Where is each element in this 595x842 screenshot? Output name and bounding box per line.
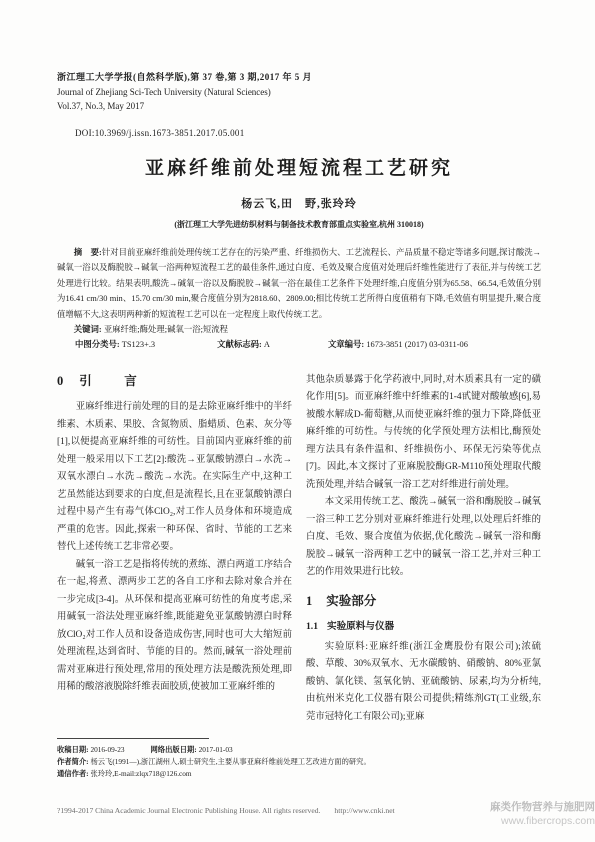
footnote-block: 收稿日期: 2016-09-23网络出版日期: 2017-01-03 作者简介:… [57,738,541,779]
watermark-line1: 麻类作物营养与施肥网 [490,800,595,814]
footnote-divider [57,738,209,739]
footnote-corresponding: 通信作者: 张玲玲,E-mail:zlqx718@126.com [57,768,541,780]
doi: DOI:10.3969/j.issn.1673-3851.2017.05.001 [57,128,541,138]
body-paragraph: 亚麻纤维进行前处理的目的是去除亚麻纤维中的半纤维素、木质素、果胶、含氮物质、脂蜡… [57,399,292,557]
section-heading-0: 0引 言 [57,373,292,391]
right-column: 其他杂质暴露于化学药液中,同时,对木质素具有一定的磺化作用[5]。而亚麻纤维中纤… [306,372,541,727]
copyright-text: ?1994-2017 China Academic Journal Electr… [57,806,320,815]
body-paragraph: 其他杂质暴露于化学药液中,同时,对木质素具有一定的磺化作用[5]。而亚麻纤维中纤… [306,372,541,495]
two-column-body: 0引 言 亚麻纤维进行前处理的目的是去除亚麻纤维中的半纤维素、木质素、果胶、含氮… [57,372,541,727]
keywords-line: 关键词: 亚麻纤维;酶处理;碱氧一浴;短流程 [57,322,541,337]
keywords-label: 关键词: [74,325,102,334]
footnote-dates: 收稿日期: 2016-09-23网络出版日期: 2017-01-03 [57,744,541,756]
section-number: 0 [57,374,63,388]
authors: 杨云飞,田 野,张玲玲 [57,195,541,211]
received-date-label: 收稿日期: [57,745,89,754]
page-title: 亚麻纤维前处理短流程工艺研究 [57,153,541,180]
bio-label: 作者简介: [57,757,89,766]
affiliation: (浙江理工大学先进纺织材料与制备技术教育部重点实验室,杭州 310018) [57,219,541,230]
meta-line: 中图分类号: TS123+.3 文献标志码: A 文章编号: 1673-3851… [57,337,541,352]
journal-header: 浙江理工大学学报(自然科学版),第 37 卷,第 3 期,2017 年 5 月 … [57,70,541,111]
left-column: 0引 言 亚麻纤维进行前处理的目的是去除亚麻纤维中的半纤维素、木质素、果胶、含氮… [57,372,292,727]
online-date-label: 网络出版日期: [151,745,197,754]
section-heading-1-1: 1.1实验原料与仪器 [306,618,541,636]
section-title: 实验原料与仪器 [327,621,394,632]
watermark: 麻类作物营养与施肥网 www.fibercrops.com [490,800,595,828]
section-heading-1: 1实验部分 [306,593,541,611]
online-date: 2017-01-03 [199,745,233,754]
clc-number: 中图分类号: TS123+.3 [75,337,155,352]
paper-page: 浙江理工大学学报(自然科学版),第 37 卷,第 3 期,2017 年 5 月 … [0,0,595,842]
cnki-url: http://www.cnki.net [334,806,394,815]
section-number: 1 [306,594,312,608]
keywords-text: 亚麻纤维;酶处理;碱氧一浴;短流程 [104,325,228,334]
corresponding-text: 张玲玲,E-mail:zlqx718@126.com [90,769,191,778]
body-paragraph: 本文采用传统工艺、酸洗→碱氧一浴和酶脱胶→碱氧一浴三种工艺分别对亚麻纤维进行处理… [306,494,541,582]
bio-text: 杨云飞(1991—),浙江湖州人,硕士研究生,主要从事亚麻纤维前处理工艺改进方面… [90,757,370,766]
section-title: 实验部分 [326,594,376,608]
abstract-text: 针对目前亚麻纤维前处理传统工艺存在的污染严重、纤维损伤大、工艺流程长、产品质量不… [57,248,541,319]
body-paragraph: 碱氧一浴工艺是指将传统的煮练、漂白两道工序结合在一起,将煮、漂两步工艺的各自工序… [57,557,292,697]
document-code: 文献标志码: A [217,337,270,352]
received-date: 2016-09-23 [90,745,124,754]
footnote-bio: 作者简介: 杨云飞(1991—),浙江湖州人,硕士研究生,主要从事亚麻纤维前处理… [57,756,541,768]
journal-title-en: Journal of Zhejiang Sci-Tech University … [57,87,541,97]
watermark-line2: www.fibercrops.com [490,814,595,828]
journal-title-cn: 浙江理工大学学报(自然科学版),第 37 卷,第 3 期,2017 年 5 月 [57,70,541,83]
abstract-label: 摘 要: [74,248,102,257]
corresponding-label: 通信作者: [57,769,89,778]
journal-volume: Vol.37, No.3, May 2017 [57,101,541,111]
section-title: 引 言 [79,374,147,388]
article-id: 文章编号: 1673-3851 (2017) 03-0311-06 [328,337,468,352]
section-number: 1.1 [306,621,318,632]
copyright-line: ?1994-2017 China Academic Journal Electr… [57,806,395,815]
body-paragraph: 实验原料:亚麻纤维(浙江金鹰股份有限公司);浓硫酸、草酸、30%双氧水、无水碳酸… [306,639,541,727]
abstract-paragraph: 摘 要:针对目前亚麻纤维前处理传统工艺存在的污染严重、纤维损伤大、工艺流程长、产… [57,245,541,322]
abstract-block: 摘 要:针对目前亚麻纤维前处理传统工艺存在的污染严重、纤维损伤大、工艺流程长、产… [57,245,541,353]
